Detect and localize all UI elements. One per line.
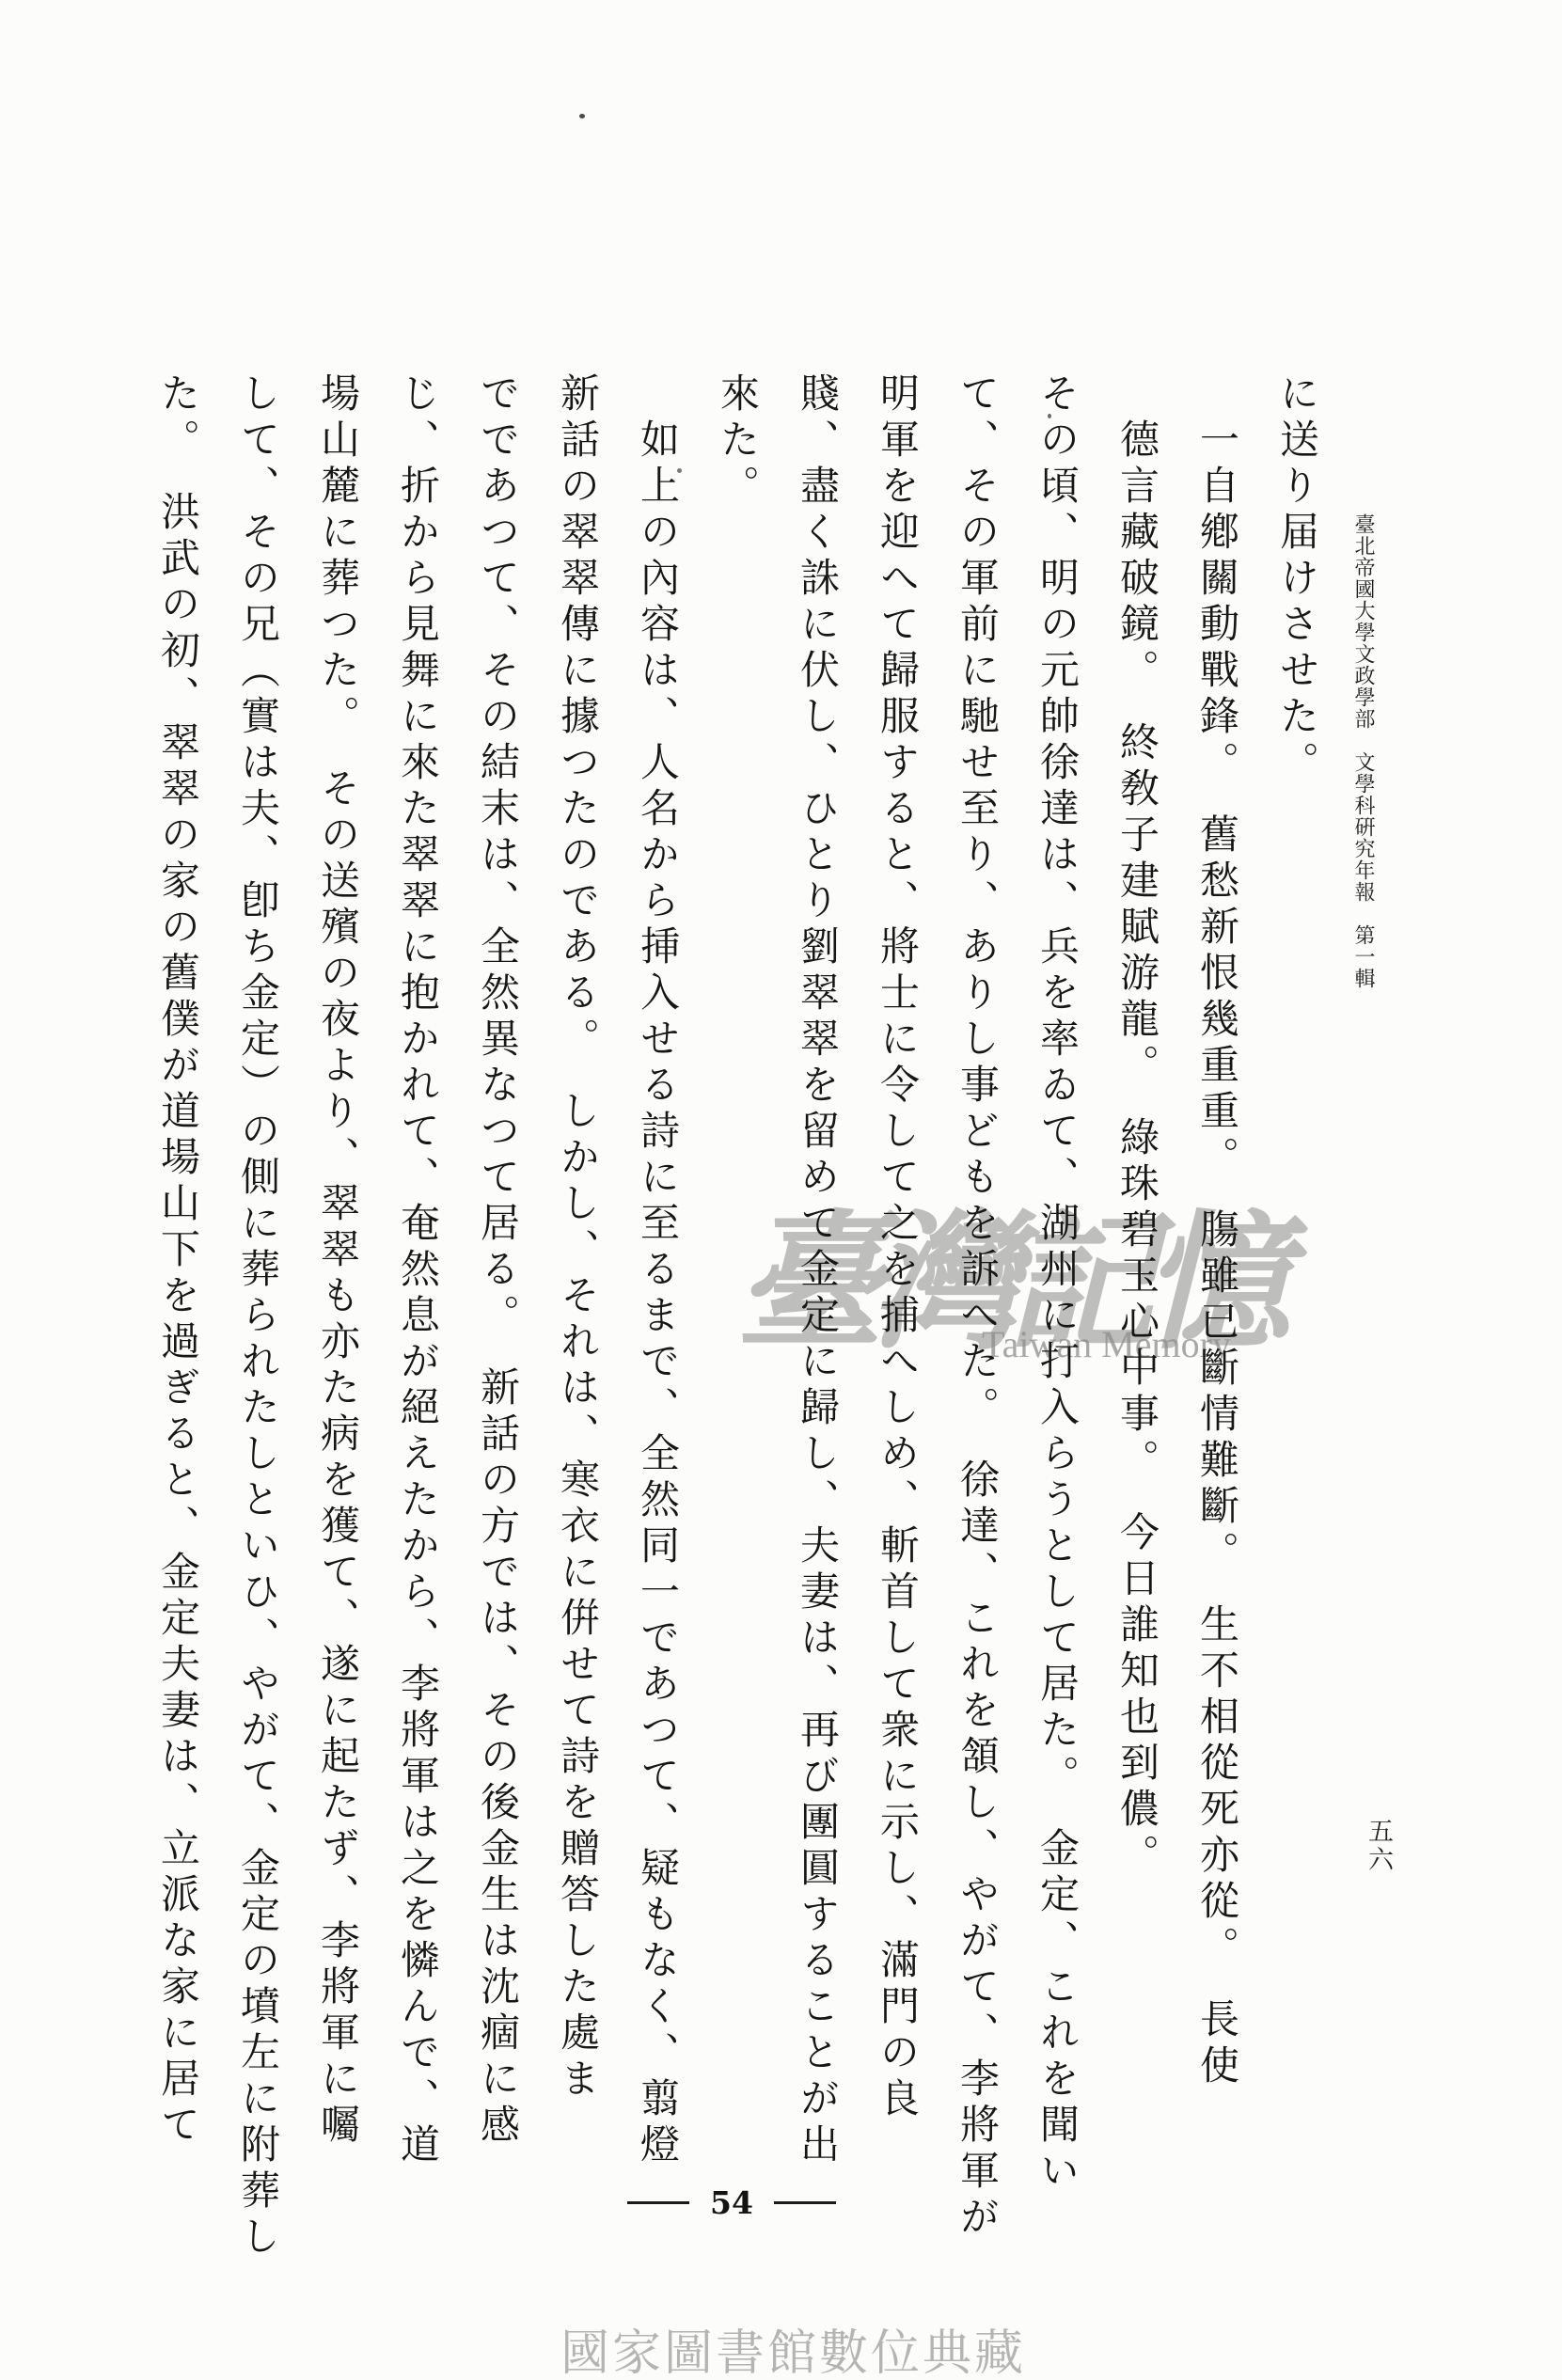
text-column: た。 洪武の初、翠翠の家の舊僕が道場山下を過ぎると、金定夫妻は、立派な家に居て [138, 372, 218, 2291]
footer-rule-left [627, 2201, 689, 2204]
text-column: に送り届けさせた。 [1257, 372, 1337, 2291]
text-column: 新話の翠翠傳に據つたのである。 しかし、それは、寒衣に倂せて詩を贈答した處ま [538, 372, 618, 2291]
folio-number: 五六 [1360, 1818, 1396, 1874]
text-column-poem: 一自鄕關動戰鋒。 舊愁新恨幾重重。 膓雖已斷情難斷。 生不相從死亦從。 長使 [1177, 372, 1257, 2291]
text-column: 場山麓に葬つた。 その送殯の夜より、翠翠も亦た病を獲て、遂に起たず、李將軍に囑 [298, 372, 378, 2291]
text-column: 明軍を迎へて歸服すると、將士に令して之を捕へしめ、斬首して衆に示し、滿門の良 [858, 372, 938, 2291]
text-column-poem: 德言藏破鏡。 終敎子建賦游龍。 綠珠碧玉心中事。 今日誰知也到儂。 [1097, 372, 1177, 2291]
footer-rule-right [774, 2201, 836, 2204]
text-column: じ、折から見舞に來た翠翠に抱かれて、奄然息が絕えたから、李將軍は之を憐んで、道 [378, 372, 458, 2291]
journal-running-title: 臺北帝國大學文政學部 文學科硏究年報 第一輯 [1347, 513, 1379, 984]
text-column: 來た。 [698, 372, 778, 2291]
vertical-text-block: に送り届けさせた。 一自鄕關動戰鋒。 舊愁新恨幾重重。 膓雖已斷情難斷。 生不相… [139, 372, 1337, 2291]
text-column: 如上の內容は、人名から挿入せる詩に至るまで、全然同一であつて、疑もなく、翦燈 [618, 372, 698, 2291]
scanned-page: 臺灣記憶 Taiwan Memory 國家圖書館數位典藏 臺北帝國大學文政學部 … [0, 0, 1562, 2380]
text-column: でであつて、その結末は、全然異なつて居る。 新話の方では、その後金生は沈痼に感 [458, 372, 538, 2291]
text-column: その頃、明の元帥徐達は、兵を率ゐて、湖州に打入らうとして居た。 金定、これを聞い [1018, 372, 1097, 2291]
page-number: 54 [710, 2187, 753, 2218]
text-column: して、その兄（實は夫、卽ち金定）の側に葬られたしといひ、やがて、金定の墳左に附葬… [218, 372, 298, 2291]
text-column: て、その軍前に馳せ至り、ありし事どもを訴へた。 徐達、これを頷し、やがて、李將軍… [938, 372, 1018, 2291]
library-watermark: 國家圖書館數位典藏 [560, 2313, 1026, 2380]
page-footer: 54 [609, 2187, 854, 2218]
text-column: 賤、盡く誅に伏し、ひとり劉翠翠を留めて金定に歸し、夫妻は、再び團圓することが出 [778, 372, 858, 2291]
scan-speck [579, 114, 585, 118]
